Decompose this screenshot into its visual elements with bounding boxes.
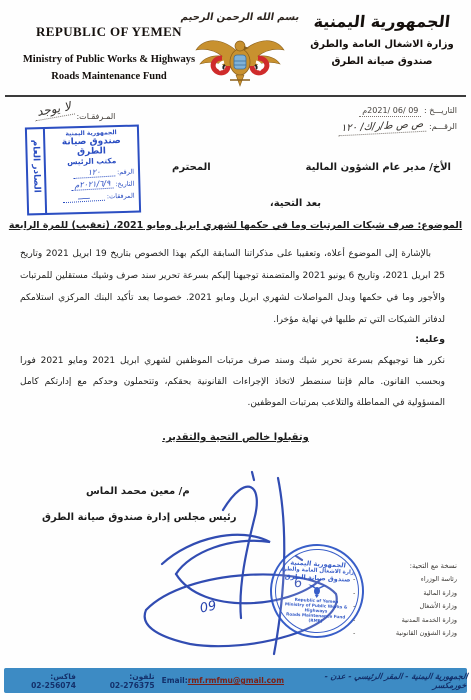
footer-fax-label: فاكس:: [50, 672, 76, 681]
date-ref-block: التاريـــخ : 09 /06 /2021م الرقـــم: ص ص…: [297, 106, 457, 140]
round-stamp-abbrev: (RMF): [308, 617, 322, 623]
footer-email-label: Email:: [162, 676, 188, 685]
cc-dash: -: [353, 602, 355, 610]
cc-header: نسخة مع التحية:: [339, 562, 457, 570]
footer-fax: 02-256074: [31, 681, 76, 690]
cc-dash: -: [353, 575, 355, 583]
body-paragraph-1: بالإشارة إلى الموضوع أعلاه، وتعقيبا على …: [20, 243, 445, 331]
footer-phone-label: تلفون:: [129, 672, 154, 681]
signatory-title: رئيس مجلس إدارة صندوق صيانة الطرق: [42, 512, 236, 523]
honorific: المحترم: [172, 162, 211, 173]
date-line: التاريـــخ : 09 /06 /2021م: [297, 106, 457, 115]
header-divider-line: [5, 95, 466, 97]
cc-item-label: رئاسة الوزراء: [421, 575, 457, 583]
stamp-fund: صندوق صيانة الطرق: [49, 136, 133, 158]
stamp-number-field: الرقم: ١٢٠: [50, 167, 134, 179]
salutation: بعد التحية،: [270, 198, 321, 209]
ministry-name-en: Ministry of Public Works & Highways: [16, 54, 202, 65]
cc-item: - وزارة الشؤون القانونية: [339, 629, 457, 637]
footer-email-group: Email:rmf.rmfmu@gmail.com: [162, 676, 284, 685]
cc-dash: -: [353, 629, 355, 637]
ref-value-handwritten: ص ص ط/ر/ك/ ١٢٠: [338, 119, 427, 137]
country-name-en: REPUBLIC OF YEMEN: [16, 24, 202, 40]
cc-item: - وزارة المالية: [339, 589, 457, 597]
attachments-value-handwritten: لا يوجد: [33, 99, 75, 122]
cc-item-label: وزارة الشؤون القانونية: [396, 629, 457, 637]
attachments-label: المـرفقـات:: [76, 112, 115, 121]
ministry-name-ar: وزارة الاشغال العامة والطرق: [307, 39, 457, 50]
stamp-attachments-label: المرفقات:: [107, 192, 135, 201]
date-label: التاريـــخ :: [424, 106, 457, 115]
ref-line: الرقـــم: ص ص ط/ر/ك/ ١٢٠: [297, 121, 457, 134]
country-name-ar: الجمهورية اليمنية: [306, 12, 458, 31]
footer-address: الجمهورية اليمنية - المقر الرئيسي - عدن …: [290, 672, 468, 690]
attachments-block: المـرفقـات: لا يوجد: [34, 108, 115, 124]
cc-item-label: وزارة الخدمة المدنية: [402, 616, 457, 624]
cc-dash: -: [353, 589, 355, 597]
stamp-date-value: ٢٠٢١/٦/٩م: [71, 178, 114, 191]
bismillah-calligraphy: بسم الله الرحمن الرحيم: [177, 12, 303, 23]
yemen-national-emblem-icon: [192, 28, 288, 90]
transition-word: وعليه:: [415, 334, 445, 345]
addressee-line: الأخ/ مدير عام الشؤون المالية: [306, 162, 451, 173]
stamp-side-text: الصادر العام: [30, 132, 42, 200]
stamp-office: مكتب الرئيس: [50, 156, 134, 167]
footer-fax-group: فاكس: 02-256074: [4, 672, 76, 690]
ref-label: الرقـــم:: [429, 122, 457, 131]
cc-item-label: وزارة المالية: [423, 589, 457, 597]
subject-line: الموضوع: صرف شيكات المرتبات وما في حكمها…: [0, 220, 471, 231]
stamp-attachments-field: المرفقات: ـــــ: [51, 191, 135, 203]
cc-list: نسخة مع التحية: - رئاسة الوزراء - وزارة …: [339, 562, 457, 643]
stamp-date-field: التاريخ: ٢٠٢١/٦/٩م: [50, 179, 134, 191]
signatory-name: م/ معين محمد الماس: [86, 486, 190, 497]
fund-name-en: Roads Maintenance Fund: [16, 71, 202, 82]
scanned-letter-page: REPUBLIC OF YEMEN Ministry of Public Wor…: [0, 0, 471, 700]
outgoing-registry-stamp: الصادر العام الجمهورية اليمنية صندوق صيا…: [25, 125, 141, 216]
stamp-attachments-value: ـــــ: [63, 191, 106, 204]
round-stamp-emblem-icon: [306, 581, 329, 598]
header-english-block: REPUBLIC OF YEMEN Ministry of Public Wor…: [16, 24, 202, 82]
cc-item-label: وزارة الأشغال: [420, 602, 458, 610]
cc-item: - رئاسة الوزراء: [339, 575, 457, 583]
cc-item: - وزارة الخدمة المدنية: [339, 616, 457, 624]
stamp-number-label: الرقم:: [117, 168, 134, 176]
stamp-side-band: الصادر العام: [27, 129, 47, 213]
stamp-number-value: ١٢٠: [73, 166, 116, 179]
handwritten-note-09: 09: [199, 598, 218, 616]
cc-dash: -: [353, 616, 355, 624]
closing-line: وتقبلوا خالص التحية والتقدير.: [0, 432, 471, 443]
footer-phone: 02-276375: [110, 681, 155, 690]
cc-item: - وزارة الأشغال: [339, 602, 457, 610]
body-paragraph-2: نكرر هنا توجيهكم بسرعة تحرير شيك وسند صر…: [20, 351, 445, 414]
footer-contact-bar: الجمهورية اليمنية - المقر الرئيسي - عدن …: [4, 668, 467, 693]
stamp-date-label: التاريخ:: [115, 180, 134, 188]
footer-email: rmf.rmfmu@gmail.com: [188, 676, 284, 685]
stamp-body: الجمهورية اليمنية صندوق صيانة الطرق مكتب…: [45, 127, 139, 213]
date-value: 09 /06 /2021م: [359, 106, 421, 117]
footer-phone-group: تلفون: 02-276375: [83, 672, 155, 690]
fund-name-ar: صندوق صيانة الطرق: [307, 56, 457, 67]
header-arabic-block: الجمهورية اليمنية وزارة الاشغال العامة و…: [307, 12, 457, 73]
